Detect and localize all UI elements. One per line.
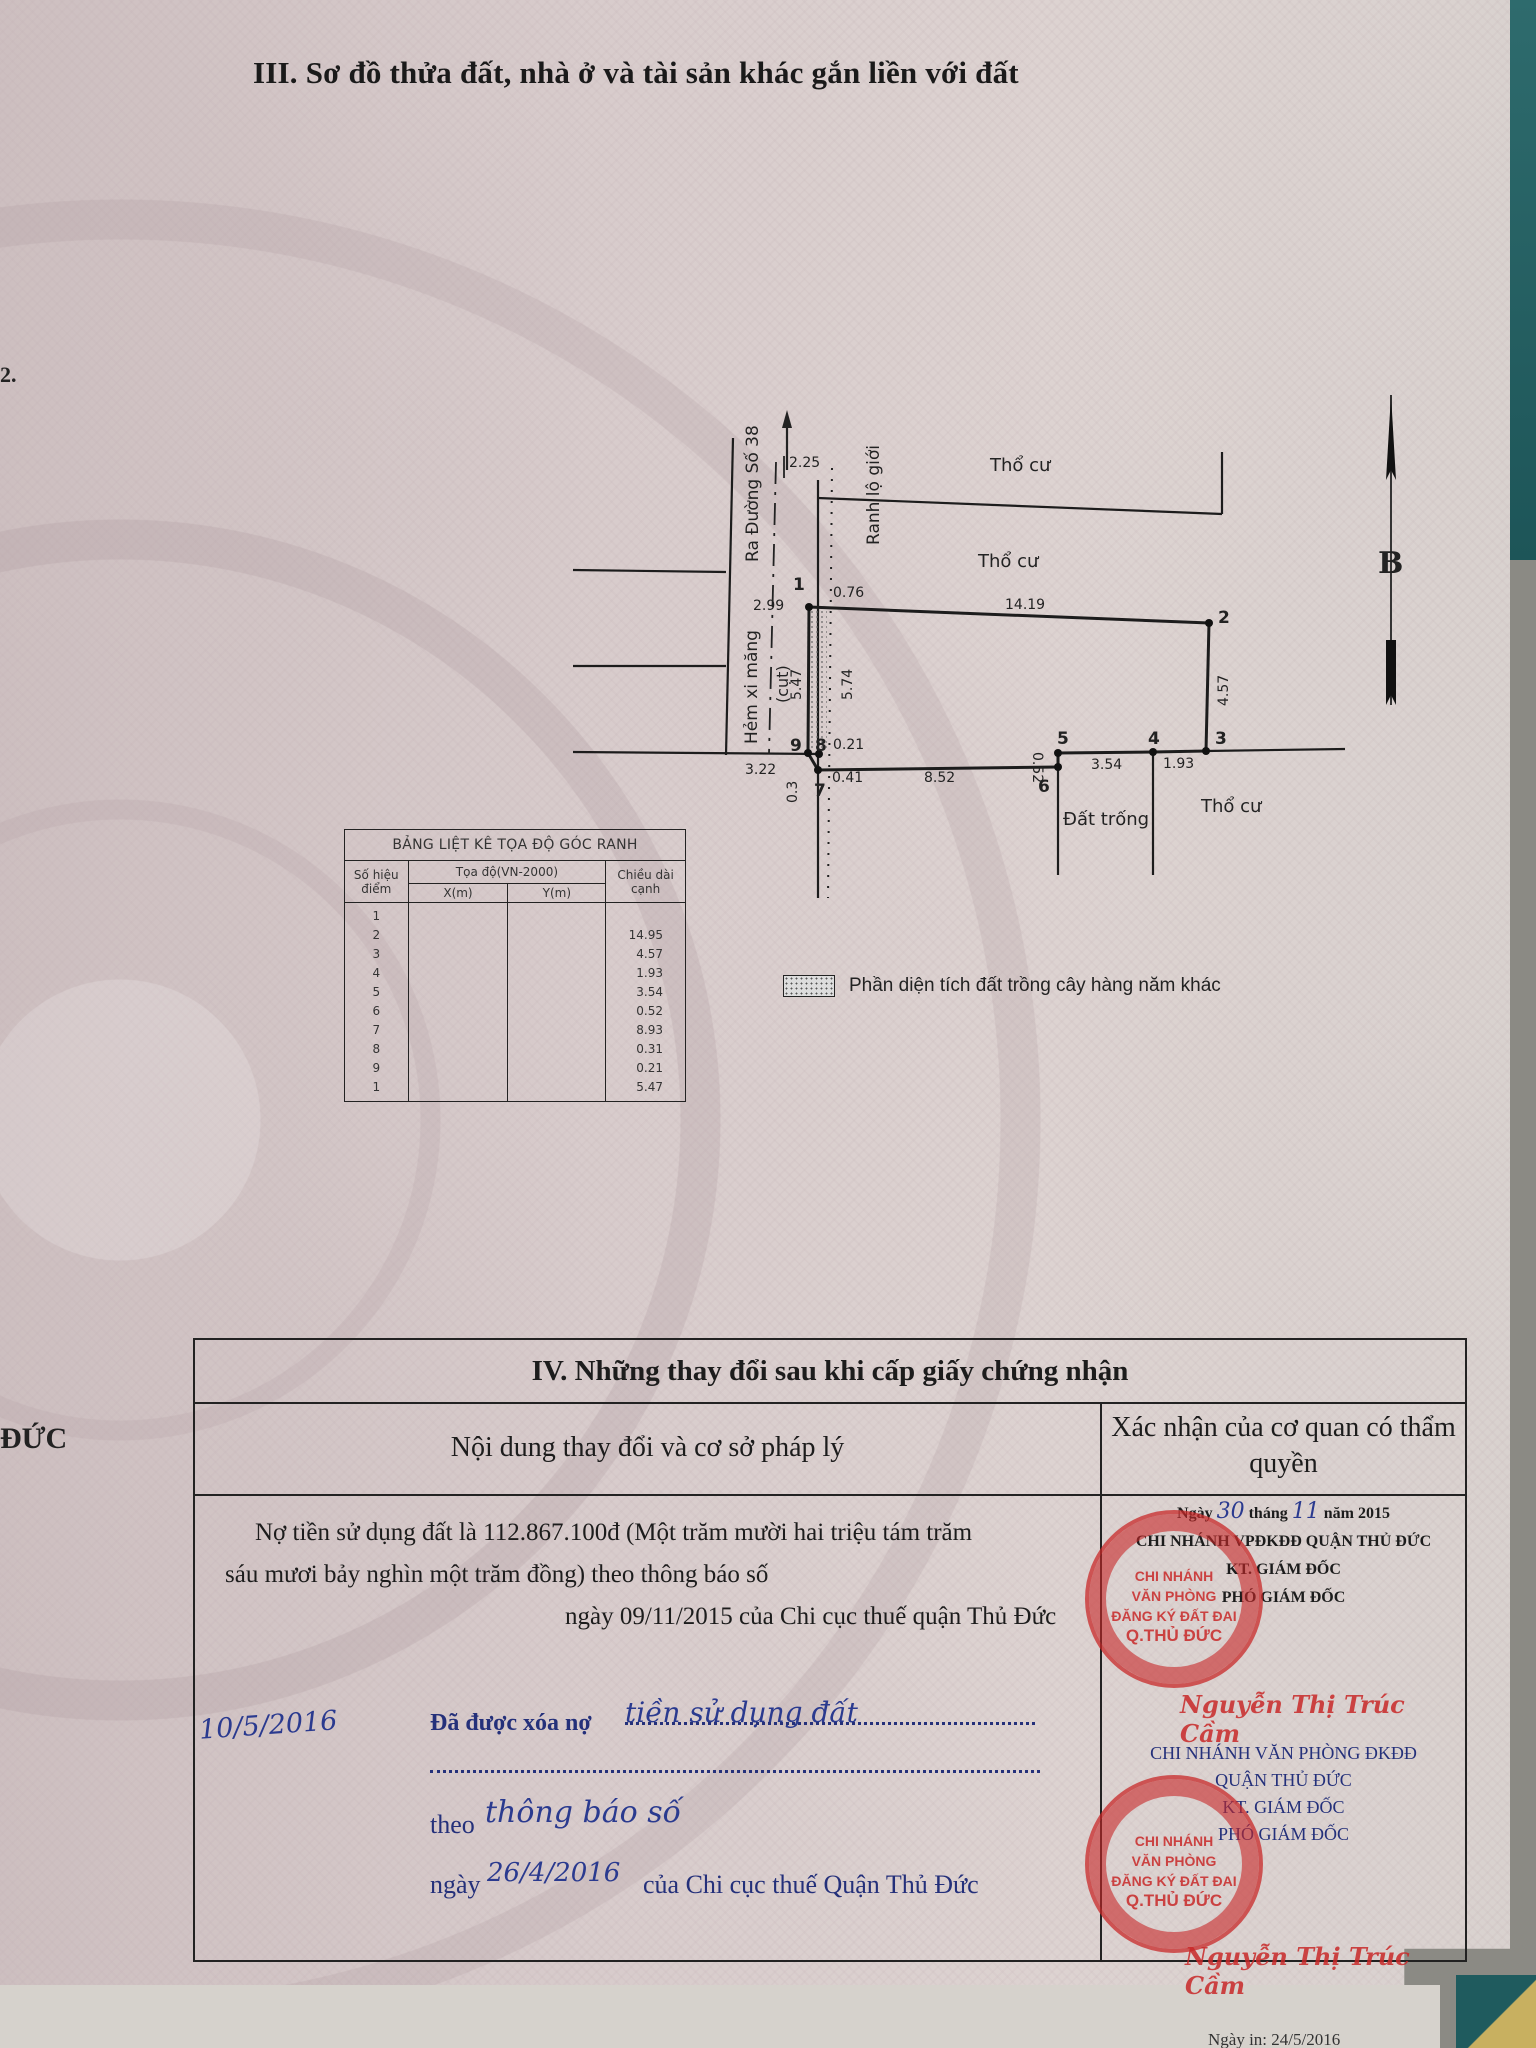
svg-text:Đất trống: Đất trống [1063, 809, 1149, 830]
svg-text:1.93: 1.93 [1163, 756, 1194, 772]
point-id: 1 [345, 1078, 408, 1097]
plot-diagram: B Ra Đường Số 38 Ranh lộ giới Hẻm xi măn… [0, 0, 1536, 1300]
legend-label: Phần diện tích đất trồng cây hàng năm kh… [849, 975, 1221, 997]
handwritten-day: 30 [1217, 1499, 1245, 1524]
svg-text:7: 7 [814, 781, 826, 801]
coordinate-table: BẢNG LIỆT KÊ TỌA ĐỘ GÓC RANH Số hiệu điể… [344, 829, 686, 1102]
point-column: 1234567891 [345, 903, 409, 1102]
handwritten-date: 10/5/2016 [198, 1705, 338, 1746]
header-point: Số hiệu điểm [345, 861, 409, 903]
signer-name-2: Nguyễn Thị Trúc Cầm [1185, 1942, 1465, 2000]
svg-text:9: 9 [790, 736, 802, 756]
header-length: Chiều dài cạnh [606, 861, 686, 903]
edge-length: 5.47 [606, 1078, 663, 1097]
north-arrow-icon: B [1378, 395, 1403, 705]
handwritten-month: 11 [1292, 1499, 1320, 1524]
svg-text:B: B [1378, 546, 1403, 581]
edge-length: 3.54 [606, 983, 663, 1002]
edge-length: 0.31 [606, 1040, 663, 1059]
edge-length: 8.93 [606, 1021, 663, 1040]
table-title: BẢNG LIỆT KÊ TỌA ĐỘ GÓC RANH [345, 830, 686, 861]
x-column [408, 903, 508, 1102]
entry1-line1: Nợ tiền sử dụng đất là 112.867.100đ (Một… [225, 1512, 1095, 1554]
header-change-content: Nội dung thay đổi và cơ sở pháp lý [195, 1402, 1100, 1494]
ngay-rest: của Chi cục thuế Quận Thủ Đức [643, 1870, 979, 1900]
theo-label: theo [430, 1810, 475, 1840]
svg-text:5.47: 5.47 [789, 669, 805, 700]
svg-text:8: 8 [815, 736, 827, 756]
svg-text:0.21: 0.21 [833, 737, 864, 753]
svg-text:3.22: 3.22 [745, 762, 776, 778]
edge-length: 14.95 [606, 926, 663, 945]
background-corner [1456, 1975, 1536, 2048]
svg-text:14.19: 14.19 [1005, 597, 1045, 613]
svg-text:0.41: 0.41 [832, 770, 863, 786]
svg-text:3.54: 3.54 [1091, 757, 1122, 773]
dotted-line [430, 1770, 1040, 1773]
left-margin-fragment-duc: ĐỨC [0, 1422, 67, 1456]
svg-text:Hẻm xi măng: Hẻm xi măng [742, 630, 762, 744]
header-coord-group: Tọa độ(VN-2000) [408, 861, 606, 884]
edge-length: 1.93 [606, 964, 663, 983]
svg-text:Ranh lộ giới: Ranh lộ giới [864, 445, 884, 545]
svg-text:Thổ cư: Thổ cư [1200, 796, 1263, 817]
edge-length: 0.21 [606, 1059, 663, 1078]
svg-text:Thổ cư: Thổ cư [977, 551, 1040, 572]
svg-text:Thổ cư: Thổ cư [989, 455, 1052, 476]
dotted-line [625, 1722, 1035, 1725]
svg-text:5.74: 5.74 [840, 669, 856, 700]
svg-text:8.52: 8.52 [924, 770, 955, 786]
point-id: 2 [345, 926, 408, 945]
changes-header-row: Nội dung thay đổi và cơ sở pháp lý Xác n… [195, 1402, 1465, 1496]
y-column [508, 903, 606, 1102]
header-x: X(m) [408, 884, 508, 903]
dotted-area-swatch-icon [783, 975, 835, 997]
point-id: 3 [345, 945, 408, 964]
svg-text:1: 1 [793, 575, 805, 595]
edge-length: 0.52 [606, 1002, 663, 1021]
svg-text:4.57: 4.57 [1216, 675, 1232, 706]
change-entry-debt: Nợ tiền sử dụng đất là 112.867.100đ (Một… [225, 1512, 1095, 1638]
header-y: Y(m) [508, 884, 606, 903]
theo-value: thông báo số [485, 1795, 681, 1830]
svg-text:0.76: 0.76 [833, 585, 864, 601]
official-stamp-icon: CHI NHÁNH VĂN PHÒNG ĐĂNG KÝ ĐẤT ĐAI Q.TH… [1085, 1510, 1263, 1688]
point-id: 5 [345, 983, 408, 1002]
point-id: 6 [345, 1002, 408, 1021]
legend: Phần diện tích đất trồng cây hàng năm kh… [783, 975, 1221, 997]
svg-text:4: 4 [1148, 729, 1160, 749]
svg-text:Ra Đường Số 38: Ra Đường Số 38 [742, 425, 763, 562]
point-id: 8 [345, 1040, 408, 1059]
entry1-line2: sáu mươi bảy nghìn một trăm đồng) theo t… [225, 1554, 1095, 1596]
cleared-label: Đã được xóa nợ [430, 1710, 592, 1737]
ngay-value: 26/4/2016 [487, 1858, 620, 1888]
length-column: 14.954.571.933.540.528.930.310.215.47 [606, 903, 686, 1102]
edge-length: 4.57 [606, 945, 663, 964]
point-id: 9 [345, 1059, 408, 1078]
section-4-title: IV. Những thay đổi sau khi cấp giấy chứn… [195, 1340, 1465, 1404]
svg-text:0.3: 0.3 [785, 781, 801, 803]
svg-text:2: 2 [1218, 608, 1230, 628]
point-id: 7 [345, 1021, 408, 1040]
print-date: Ngày in: 24/5/2016 [1208, 2030, 1340, 2048]
svg-text:0.52: 0.52 [1029, 752, 1045, 783]
svg-text:5: 5 [1057, 729, 1069, 749]
svg-text:2.25: 2.25 [789, 455, 820, 471]
header-confirmation: Xác nhận của cơ quan có thẩm quyền [1102, 1410, 1465, 1482]
svg-text:3: 3 [1215, 729, 1227, 749]
ngay-label: ngày [430, 1870, 481, 1900]
changes-section: IV. Những thay đổi sau khi cấp giấy chứn… [193, 1338, 1467, 1962]
svg-text:2.99: 2.99 [753, 598, 784, 614]
entry1-line3: ngày 09/11/2015 của Chi cục thuế quận Th… [225, 1596, 1095, 1638]
official-stamp-icon: CHI NHÁNH VĂN PHÒNG ĐĂNG KÝ ĐẤT ĐAI Q.TH… [1085, 1775, 1263, 1953]
point-id: 4 [345, 964, 408, 983]
point-id: 1 [345, 907, 408, 926]
